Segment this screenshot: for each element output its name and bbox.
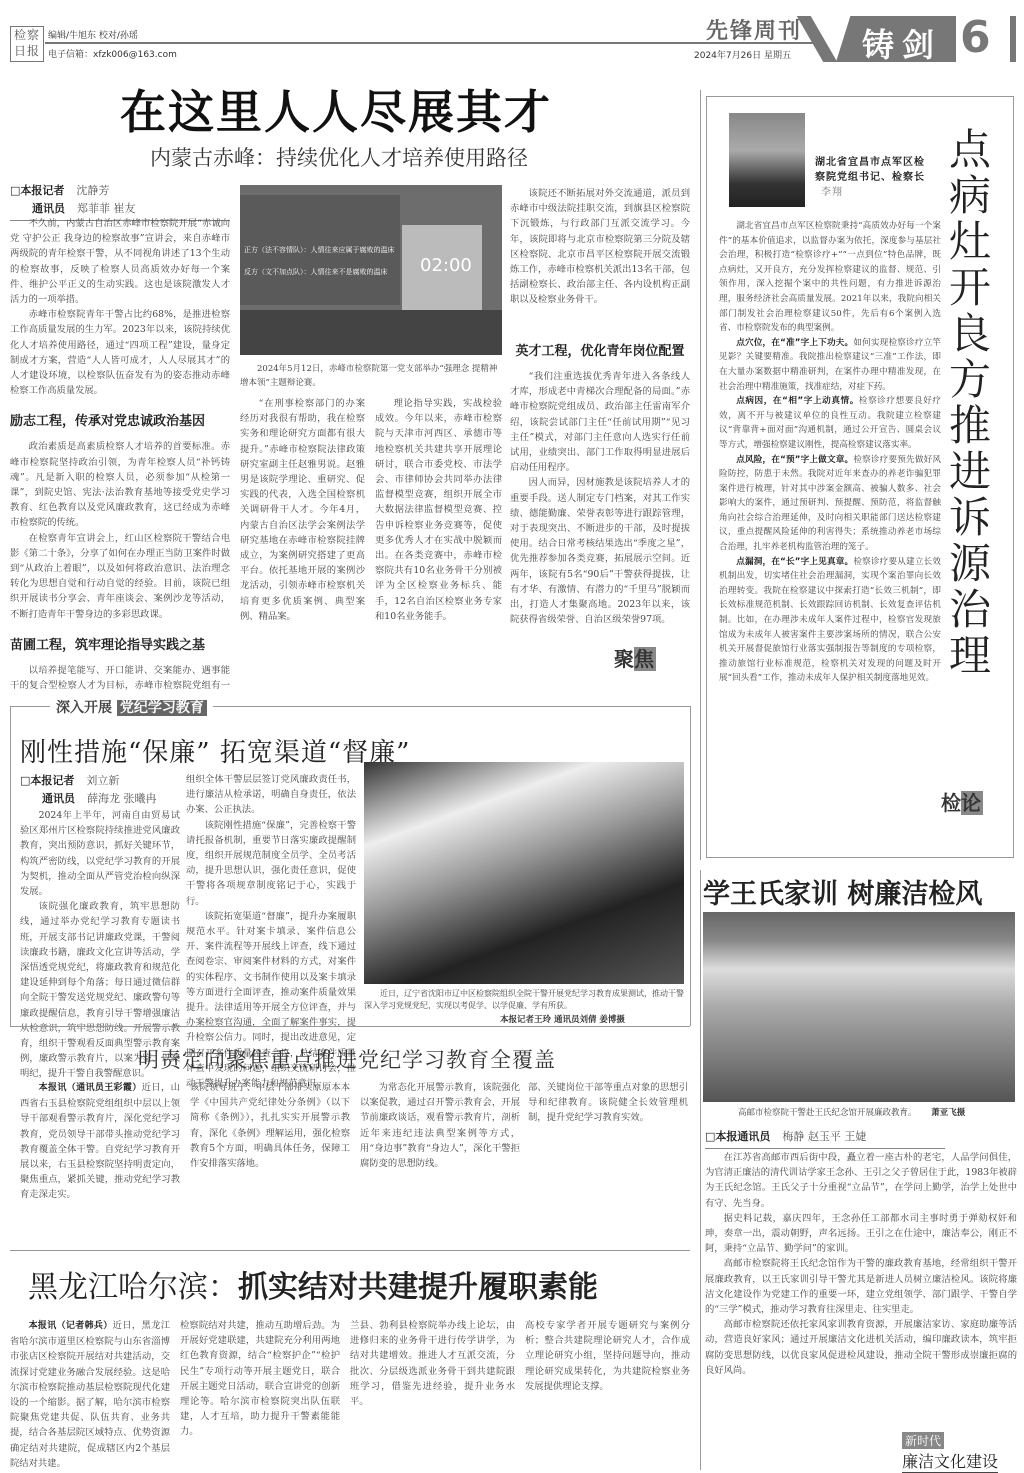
article3-col1: 本报讯（通讯员王彩霞）近日，山西省右玉县检察院党组组织中层以上领导干部观看警示教… [20, 1080, 180, 1240]
page-number-bar [1010, 16, 1016, 62]
lead-label: 本报讯（记者韩兵） [29, 1321, 113, 1331]
banner-prefix: 深入开展 [56, 700, 112, 716]
banner-highlight: 党纪学习教育 [117, 700, 207, 716]
editor-credit: 编辑/牛旭东 校对/孙瑶 [48, 28, 138, 41]
memorial-photo-caption: 高邮市检察院干警赴王氏纪念馆开展廉政教育。 萧亚飞摄 [738, 1106, 965, 1120]
box-border-right [690, 706, 691, 1026]
paragraph: 兰县、勃利县检察院举办线上论坛，由进修归来的业务骨干进行传学讲学，为结对共建增效… [350, 1318, 515, 1409]
article1-col2: “在刑事检察部门的办案经历对我很有帮助，我在检察实务和理论研究方面都有很大提升。… [240, 396, 365, 686]
article1-title: 在这里人人尽展其才 [120, 76, 570, 142]
paragraph: 理论指导实践，实战检验成效。今年以来，赤峰市检察院与天津市河西区、承德市等地检察… [375, 396, 502, 624]
author-position: 湖北省宜昌市点军区检察院党组书记、检察长 [815, 157, 925, 183]
paragraph: 该院刚性措施“保廉”，完善检察干警请托报备机制，重要节日落实廉政提醒制度，组织开… [186, 818, 356, 909]
paragraph: 该院还不断拓展对外交流通道，派员到赤峰市中级法院挂职交流，到旗县区检察院下沉锻炼… [510, 186, 690, 326]
article5-col3: 兰县、勃利县检察院举办线上论坛，由进修归来的业务骨干进行传学讲学，为结对共建增效… [350, 1318, 515, 1470]
paragraph: 在检察青年宣讲会上，红山区检察院干警结合电影《第二十条》，分享了如何在办理正当防… [10, 531, 230, 622]
issue-date: 2024年7月26日 星期五 [694, 48, 791, 61]
byline-label: □本报记者 [20, 774, 74, 787]
point-heading: 点病因，在“相”字上动真情。 [736, 396, 859, 406]
article1-col4: 该院还不断拓展对外交流通道，派员到赤峰市中级法院挂职交流，到旗县区检察院下沉锻炼… [510, 186, 690, 686]
paragraph: 高邮市检察院将王氏纪念馆作为干警的廉政教育基地，经常组织干警开展廉政教育，以王氏… [705, 1256, 1017, 1317]
paragraph: 2024年上半年，河南自由贸易试验区郑州片区检察院持续推进党风廉政教育，突出预防… [20, 808, 180, 899]
section-banner: 铸剑 [836, 16, 956, 62]
point-heading: 点穴位，在“准”字上下功夫。 [736, 338, 853, 348]
byline-label: □本报通讯员 [705, 1130, 770, 1143]
exam-photo-caption: 近日，辽宁省沈阳市辽中区检察院组织全院干警开展党纪学习教育成果测试，推动干警深入… [364, 988, 684, 1012]
box-border-bottom [10, 1026, 690, 1027]
article4-tail [705, 1410, 895, 1468]
supplement-name: 先锋周刊 [706, 14, 802, 45]
article2-banner: 深入开展 党纪学习教育 [50, 697, 213, 717]
byline-corr-label: 通讯员 [32, 202, 65, 215]
paragraph: 以培养提笔能写、开口能讲、交案能办、遇事能干的复合型检察人才为目标，赤峰市检察院… [10, 663, 230, 695]
article4-byline: □本报通讯员梅静 赵玉平 王婕 [705, 1128, 945, 1149]
point-body: 检察诊疗要预先做好风险防控，防患于未然。我院对近年来查办的养老诈骗犯罪案件进行梳… [719, 455, 941, 553]
byline-label: □本报记者 [10, 184, 64, 197]
article1-col3: 理论指导实践，实战检验成效。今年以来，赤峰市检察院与天津市河西区、承德市等地检察… [375, 396, 502, 686]
column-divider [700, 870, 701, 1470]
newspaper-logo: 检察日报 [10, 26, 44, 62]
tag-focus-label: 聚焦 [612, 647, 656, 671]
paragraph: 点风险，在“预”字上做文章。检察诊疗要预先做好风险防控，防患于未然。我院对近年来… [719, 453, 941, 555]
paragraph: 组织全体干警层层签订党风廉政责任书，进行廉洁从检承诺，明确自身责任，依法办案、公… [186, 772, 356, 818]
box-border-left [10, 706, 11, 1026]
paragraph: 在江苏省高邮市西后街中段，矗立着一座古朴的老宅，人品学问俱佳，为官清正廉洁的清代… [705, 1150, 1017, 1211]
correspondent-names: 薛海龙 张曦冉 [87, 792, 157, 805]
point-heading: 点漏洞，在“长”字上见真章。 [736, 557, 853, 567]
paragraph: 点病因，在“相”字上动真情。检察诊疗想要良好疗效，离不开与被建议单位的良性互动。… [719, 394, 941, 452]
article1-col1: 不久前，内蒙古自治区赤峰市检察院开展“赤诚向党 守护公正 我身边的检察故事”宣讲… [10, 216, 230, 691]
contact-email: 电子信箱：xfzk006@163.com [48, 47, 177, 60]
screen-timer: 02:00 [420, 255, 472, 276]
tag-top: 新时代 [902, 1432, 944, 1449]
author-portrait [729, 113, 805, 207]
column-divider [700, 90, 701, 860]
paragraph: 高校专家学者开展专题研究与案例分析；整合共建院理论研究人才，合作成立理论研究小组… [525, 1318, 690, 1394]
paragraph: 检察院结对共建，推动互助增后劲。为开展好党建联建，共建院充分利用两地红色教育资源… [180, 1318, 340, 1440]
subheading: 励志工程，传承对党忠诚政治基因 [10, 410, 230, 429]
lead-label: 本报讯（通讯员王彩霞） [39, 1083, 142, 1093]
paragraph [705, 1410, 895, 1468]
paragraph: “我们注重选拔优秀青年进入各条线人才库，形成老中青梯次合理配备的局面。”赤峰市检… [510, 369, 690, 475]
reporter-name: 沈静芳 [76, 184, 109, 197]
article2-col2: 组织全体干警层层签订党风廉政责任书，进行廉洁从检承诺，明确自身责任，依法办案、公… [186, 772, 356, 1024]
paragraph: 因人而异，因材施教是该院培养人才的重要手段。送人制定专门档案，对其工作实绩、德能… [510, 475, 690, 625]
correspondent-names: 梅静 赵玉平 王婕 [782, 1130, 866, 1143]
lead-text: 近日，黑龙江省哈尔滨市道里区检察院与山东省淄博市张店区检察院开展结对共建活动，交… [10, 1320, 170, 1469]
article2-col1: 2024年上半年，河南自由贸易试验区郑州片区检察院持续推进党风廉政教育，突出预防… [20, 808, 180, 1023]
paragraph: 湖北省宜昌市点军区检察院秉持“高质效办好每一个案件”的基本价值追求，以监督办案为… [719, 219, 941, 336]
exam-photo-credit: 本报记者王玲 通讯员刘倩 姜博摄 [500, 1013, 625, 1025]
article5-col4: 高校专家学者开展专题研究与案例分析；整合共建院理论研究人才，合作成立理论研究小组… [525, 1318, 690, 1470]
paragraph: 为常态化开展警示教育，该院强化以案促教，通过召开警示教育会，开展节前廉政谈话，观… [360, 1080, 520, 1171]
tag-focus: 聚焦 [612, 643, 656, 672]
paragraph: 该院领导班子、中层干部带头原原本本学《中国共产党纪律处分条例》（以下简称《条例》… [190, 1080, 350, 1171]
paragraph: 部、关键岗位干部等重点对象的思想引导和纪律教育。该院健全长效管理机制，提升党纪学… [528, 1080, 688, 1126]
article3-col3: 为常态化开展警示教育，该院强化以案促教，通过召开警示教育会，开展节前廉政谈话，观… [360, 1080, 520, 1240]
title-light: 黑龙江哈尔滨： [28, 1270, 238, 1305]
photo-caption: 2024年5月12日，赤峰市检察院第一党支部举办“强理念 提精神 增本领”主题辩… [240, 362, 502, 390]
caption-text: 高邮市检察院干警赴王氏纪念馆开展廉政教育。 [738, 1108, 917, 1118]
paragraph: 本报讯（记者韩兵）近日，黑龙江省哈尔滨市道里区检察院与山东省淄博市张店区检察院开… [10, 1318, 170, 1471]
tag-opinion-label: 检论 [939, 791, 983, 815]
section-name: 铸剑 [862, 20, 942, 66]
subheading: 苗圃工程，筑牢理论指导实践之基 [10, 634, 230, 653]
point-body: 检察诊疗要从建立长效机制出发，切实堵住社会治理漏洞，实现个案治罪向长效治理转变。… [719, 557, 941, 684]
correspondent-names: 郑菲菲 崔友 [77, 202, 136, 215]
paragraph: “在刑事检察部门的办案经历对我很有帮助，我在检察实务和理论研究方面都有很大提升。… [240, 396, 365, 624]
tag-integrity-culture: 新时代 廉洁文化建设 [902, 1430, 998, 1473]
article4-title: 学王氏家训 树廉洁检风 [703, 872, 982, 911]
exam-photo [364, 762, 684, 984]
section-rule [10, 1250, 690, 1251]
title-bold: 抓实结对共建提升履职素能 [238, 1270, 598, 1305]
screen-text-1: 正方（法不容情队）：人情往来应属于腐败的温床 [244, 245, 399, 255]
paragraph: 点穴位，在“准”字上下功夫。如何实现检察诊疗立竿见影？关键要精准。我院推出检察建… [719, 336, 941, 394]
paragraph: 不久前，内蒙古自治区赤峰市检察院开展“赤诚向党 守护公正 我身边的检察故事”宣讲… [10, 216, 230, 307]
opinion-box: 湖北省宜昌市点军区检察院党组书记、检察长 李翔 点病灶开良方推进诉源治理 湖北省… [706, 96, 1014, 858]
slash-decor [797, 16, 838, 62]
paragraph: 政治素质是高素质检察人才培养的首要标准。赤峰市检察院坚持政治引领，为青年检察人员… [10, 439, 230, 530]
debate-photo: 正方（法不容情队）：人情往来应属于腐败的温床 反方（文不加点队）：人情往来不是腐… [240, 185, 502, 355]
article5-col2: 检察院结对共建，推动互助增后劲。为开展好党建联建，共建院充分利用两地红色教育资源… [180, 1318, 340, 1470]
article5-col1: 本报讯（记者韩兵）近日，黑龙江省哈尔滨市道里区检察院与山东省淄博市张店区检察院开… [10, 1318, 170, 1470]
byline-corr-label: 通讯员 [42, 792, 75, 805]
masthead: 检察日报 编辑/牛旭东 校对/孙瑶 电子信箱：xfzk006@163.com 先… [0, 0, 1024, 62]
paragraph: 高邮市检察院还依托家风家训教育资源，开展廉洁家访、家庭助廉等活动，营造良好家风；… [705, 1317, 1017, 1378]
point-heading: 点风险，在“预”字上做文章。 [736, 455, 853, 465]
author-name: 李翔 [821, 187, 843, 198]
article3-col4: 部、关键岗位干部等重点对象的思想引导和纪律教育。该院健全长效管理机制，提升党纪学… [528, 1080, 688, 1240]
reporter-name: 刘立新 [86, 774, 119, 787]
paragraph: 赤峰市检察院青年干警占比约68%，是推进检察工作高质量发展的生力军。2023年以… [10, 307, 230, 398]
paragraph: 点漏洞，在“长”字上见真章。检察诊疗要从建立长效机制出发，切实堵住社会治理漏洞，… [719, 555, 941, 686]
memorial-photo [703, 912, 1015, 1102]
article1-subtitle: 内蒙古赤峰：持续优化人才培养使用路径 [150, 142, 528, 172]
article2-byline: □本报记者刘立新 通讯员薛海龙 张曦冉 [20, 772, 180, 806]
subheading: 英才工程，优化青年岗位配置 [510, 340, 690, 359]
article3-col2: 该院领导班子、中层干部带头原原本本学《中国共产党纪律处分条例》（以下简称《条例》… [190, 1080, 350, 1240]
photo-credit: 萧亚飞摄 [931, 1108, 965, 1118]
header-rule [45, 42, 820, 44]
article5-title: 黑龙江哈尔滨：抓实结对共建提升履职素能 [28, 1262, 598, 1306]
article2-title: 刚性措施“保廉” 拓宽渠道“督廉” [20, 732, 410, 769]
tag-opinion: 检论 [939, 787, 983, 816]
paragraph: 本报讯（通讯员王彩霞）近日，山西省右玉县检察院党组组织中层以上领导干部观看警示教… [20, 1080, 180, 1203]
author-title: 湖北省宜昌市点军区检察院党组书记、检察长 李翔 [815, 155, 925, 200]
column-title-vertical: 点病灶开良方推进诉源治理 [947, 127, 997, 679]
article3-title: 明责定向聚焦重点推进党纪学习教育全覆盖 [138, 1044, 556, 1074]
screen-text-2: 反方（文不加点队）：人情往来不是腐败的温床 [244, 267, 399, 277]
article4-body: 在江苏省高邮市西后街中段，矗立着一座古朴的老宅，人品学问俱佳，为官清正廉洁的清代… [705, 1150, 1017, 1408]
tag-bottom: 廉洁文化建设 [902, 1449, 998, 1473]
page-number: 6 [960, 12, 991, 63]
lead-text: 近日，山西省右玉县检察院党组组织中层以上领导干部观看警示教育片，深化党纪学习教育… [20, 1082, 180, 1200]
column-body: 湖北省宜昌市点军区检察院秉持“高质效办好每一个案件”的基本价值追求，以监督办案为… [719, 219, 941, 849]
paragraph: 据史料记载，嘉庆四年，王念孙任工部都水司主事时勇于弹劾权奸和珅，奏章一出，震动朝… [705, 1211, 1017, 1257]
